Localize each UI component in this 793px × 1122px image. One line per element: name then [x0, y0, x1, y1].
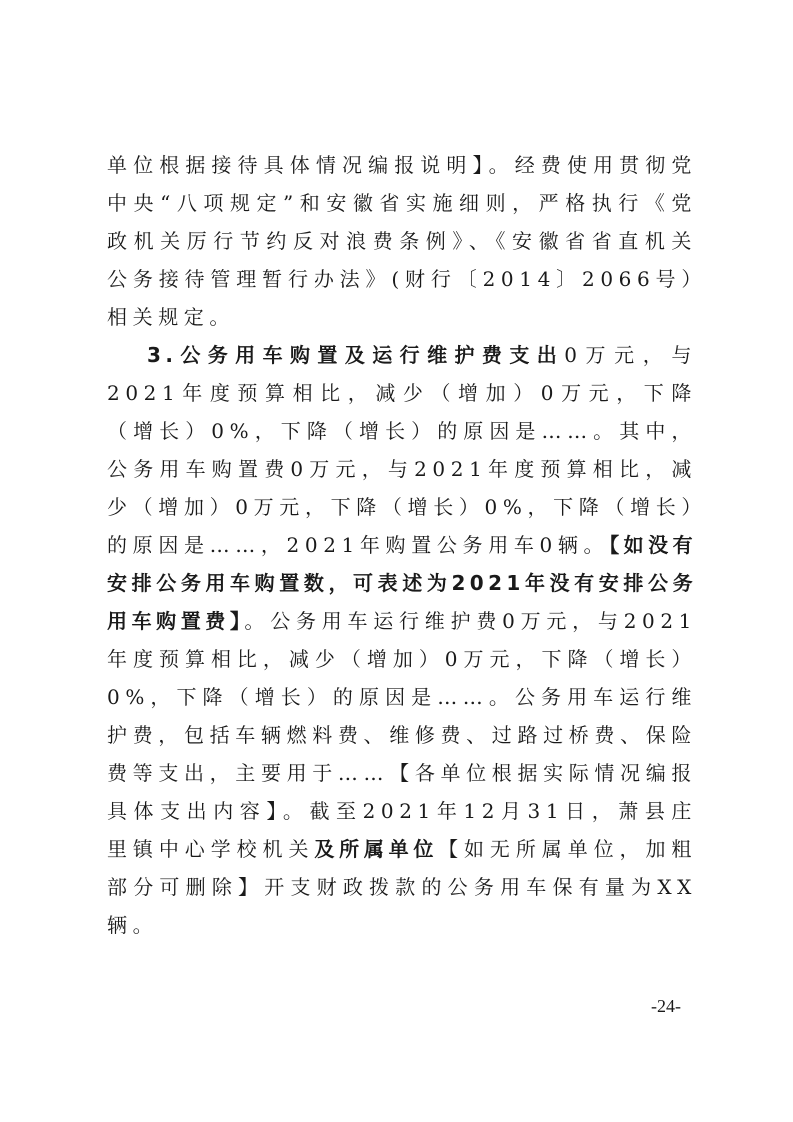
bold-affiliated-units: 及所属单位	[314, 837, 438, 861]
page-number: -24-	[651, 996, 681, 1017]
text-run: 单位根据接待具体情况编报说明】。经费使用贯彻党中央“八项规定”和安徽省实施细则，…	[107, 153, 697, 329]
paragraph-official-vehicles: 3.公务用车购置及运行维护费支出0万元，与2021年度预算相比，减少（增加）0万…	[107, 336, 697, 944]
document-page: 单位根据接待具体情况编报说明】。经费使用贯彻党中央“八项规定”和安徽省实施细则，…	[0, 0, 793, 1122]
text-run: 。公务用车运行维护费0万元，与2021年度预算相比，减少（增加）0万元，下降（增…	[107, 609, 697, 861]
body-text: 单位根据接待具体情况编报说明】。经费使用贯彻党中央“八项规定”和安徽省实施细则，…	[107, 146, 697, 944]
paragraph-reception-regulations: 单位根据接待具体情况编报说明】。经费使用贯彻党中央“八项规定”和安徽省实施细则，…	[107, 146, 697, 336]
section-heading-vehicle-expenses: 3.公务用车购置及运行维护费支出	[147, 343, 564, 367]
text-run: 0万元，与2021年度预算相比，减少（增加）0万元，下降（增长）0%，下降（增长…	[107, 343, 697, 557]
